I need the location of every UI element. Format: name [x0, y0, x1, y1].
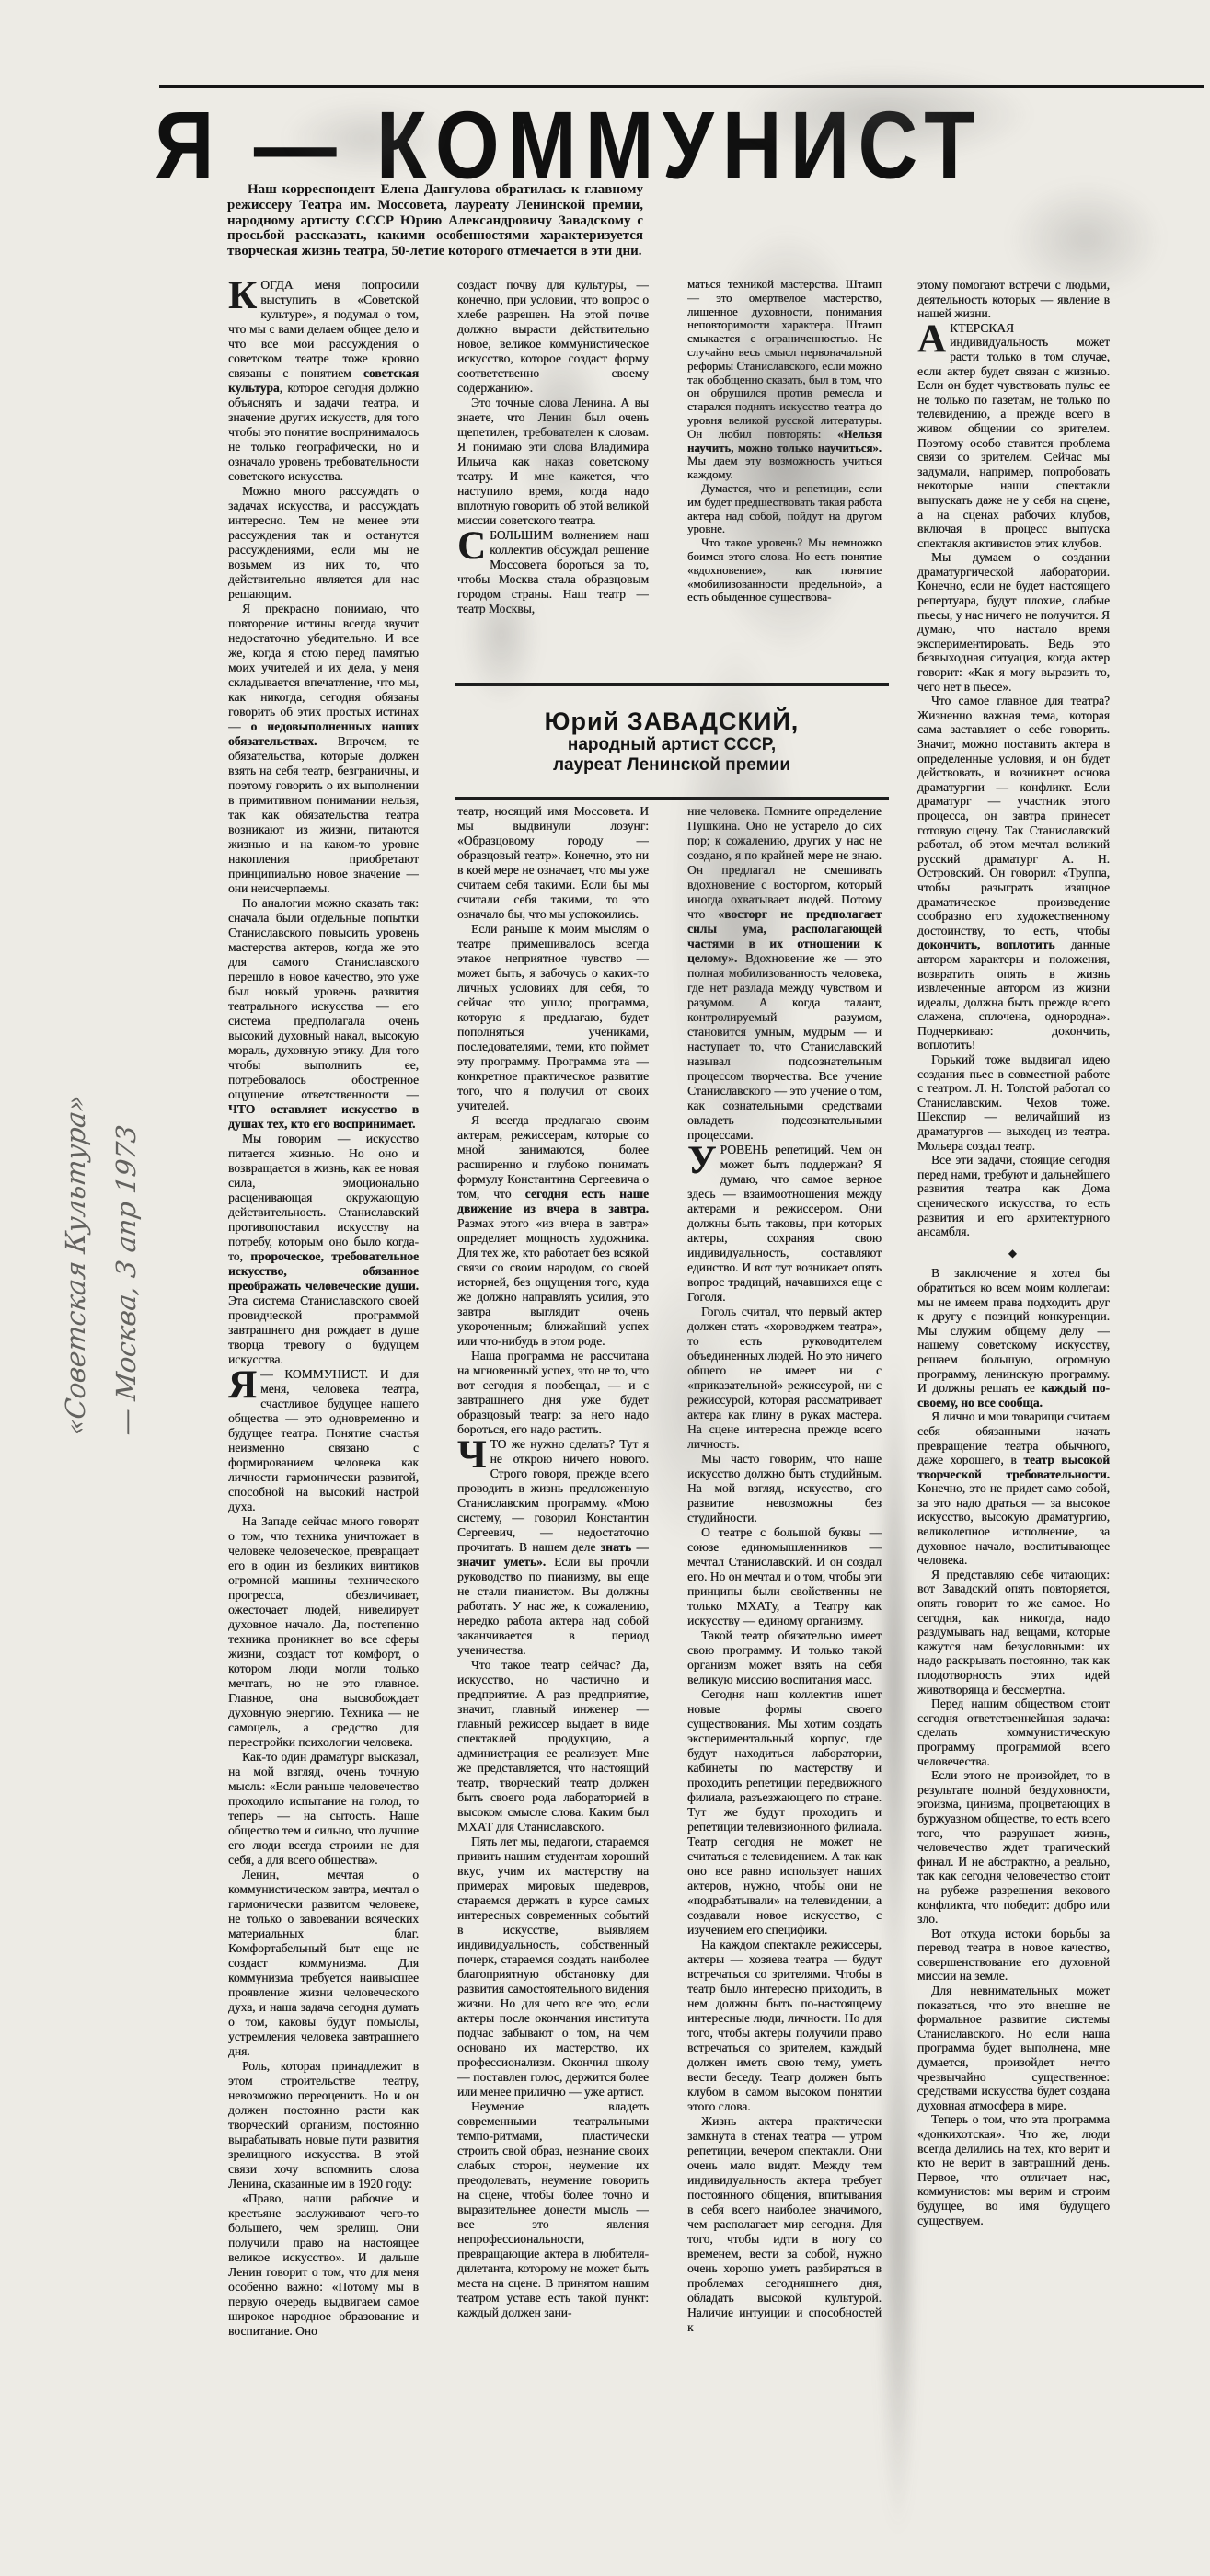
body-paragraph: АКТЕРСКАЯ индивидуальность может расти т…: [917, 321, 1110, 551]
body-paragraph: Мы говорим — искусство питается жизнью. …: [228, 1132, 419, 1367]
body-paragraph: Если раньше к моим мыслям о театре приме…: [457, 922, 649, 1113]
body-paragraph: Это точные слова Ленина. А вы знаете, чт…: [457, 396, 649, 528]
body-paragraph: Если этого не произойдет, то в результат…: [917, 1768, 1110, 1926]
body-paragraph: О театре с большой буквы — союзе единомы…: [687, 1525, 882, 1628]
body-paragraph: Думается, что и репетиции, если им будет…: [687, 482, 882, 536]
body-paragraph: Я лично и мои товарищи считаем себя обяз…: [917, 1409, 1110, 1568]
article-title: Я — КОММУНИСТ: [155, 90, 1210, 186]
body-paragraph: Наша программа не рассчитана на мгновенн…: [457, 1349, 649, 1437]
body-paragraph: создаст почву для культуры, — конечно, п…: [457, 278, 649, 396]
body-paragraph: маться техникой мастерства. Штамп — это …: [687, 278, 882, 482]
body-paragraph: Что самое главное для театра? Жизненно в…: [917, 694, 1110, 1052]
masthead-rule: [159, 85, 1204, 88]
body-paragraph: ние человека. Помните определение Пушкин…: [687, 804, 882, 1143]
byline-award: лауреат Ленинской премии: [553, 755, 790, 776]
body-paragraph: Роль, которая принадлежит в этом строите…: [228, 2059, 419, 2191]
body-paragraph: этому помогают встречи с людьми, деятель…: [917, 278, 1110, 321]
body-paragraph: Мы думаем о создании драматургической ла…: [917, 550, 1110, 694]
drop-cap: Я: [228, 1367, 260, 1400]
body-paragraph: Пять лет мы, педагоги, стараемся привить…: [457, 1834, 649, 2099]
handwritten-margin-note: «Советская Культура» — Москва, 3 апр 197…: [51, 782, 189, 1435]
body-paragraph: ЧТО же нужно сделать? Тут я не открою ни…: [457, 1437, 649, 1658]
body-paragraph: Гоголь считал, что первый актер должен с…: [687, 1305, 882, 1452]
body-paragraph: Я всегда предлагаю своим актерам, режисс…: [457, 1113, 649, 1349]
drop-cap: А: [917, 321, 950, 354]
body-paragraph: Для невнимательных может показаться, что…: [917, 1984, 1110, 2112]
body-paragraph: По аналогии можно сказать так: сначала б…: [228, 896, 419, 1132]
column-3-upper: маться техникой мастерства. Штамп — это …: [687, 278, 882, 687]
drop-cap: К: [228, 278, 260, 311]
body-paragraph: театр, носящий имя Моссовета. И мы выдви…: [457, 804, 649, 922]
body-paragraph: УРОВЕНЬ репетиций. Чем он может быть под…: [687, 1143, 882, 1305]
body-paragraph: В заключение я хотел бы обратиться ко вс…: [917, 1266, 1110, 1409]
body-paragraph: Я— КОММУНИСТ. И для меня, человека театр…: [228, 1367, 419, 1514]
newspaper-scan-page: «Советская Культура» — Москва, 3 апр 197…: [0, 0, 1210, 2576]
byline-name: Юрий ЗАВАДСКИЙ,: [545, 707, 800, 735]
column-1: КОГДА меня попросили выступить в «Советс…: [228, 278, 419, 2497]
body-paragraph: Сегодня наш коллектив ищет новые формы с…: [687, 1687, 882, 1938]
handwritten-date: — Москва, 3 апр 1973: [101, 778, 152, 1439]
body-paragraph: Жизнь актера практически замкнута в стен…: [687, 2114, 882, 2335]
body-paragraph: СБОЛЬШИМ волнением наш коллектив обсужда…: [457, 528, 649, 616]
byline-box: Юрий ЗАВАДСКИЙ, народный артист СССР, ла…: [455, 683, 889, 800]
column-2-lower: театр, носящий имя Моссовета. И мы выдви…: [457, 804, 649, 2504]
handwritten-source: «Советская Культура»: [51, 778, 101, 1439]
column-4: этому помогают встречи с людьми, деятель…: [917, 278, 1110, 2486]
body-paragraph: Можно много рассуждать о задачах искусст…: [228, 484, 419, 602]
body-paragraph: На каждом спектакле режиссеры, актеры — …: [687, 1938, 882, 2114]
body-paragraph: Что такое уровень? Мы немножко боимся эт…: [687, 536, 882, 604]
article-lede: Наш корреспондент Елена Дангулова обрати…: [227, 182, 643, 259]
body-paragraph: Вот откуда истоки борьбы за перевод теат…: [917, 1926, 1110, 1984]
body-paragraph: «Право, наши рабочие и крестьяне заслужи…: [228, 2191, 419, 2339]
lede-text: Наш корреспондент Елена Дангулова обрати…: [227, 182, 643, 259]
body-paragraph: Такой театр обязательно имеет свою прогр…: [687, 1628, 882, 1687]
body-paragraph: На Западе сейчас много говорят о том, чт…: [228, 1514, 419, 1750]
body-paragraph: Мы часто говорим, что наше искусство дол…: [687, 1452, 882, 1525]
body-paragraph: Как-то один драматург высказал, на мой в…: [228, 1750, 419, 1868]
body-paragraph: Горький тоже выдвигал идею создания пьес…: [917, 1052, 1110, 1153]
column-2-upper: создаст почву для культуры, — конечно, п…: [457, 278, 649, 687]
byline-role: народный артист СССР,: [568, 735, 776, 755]
column-3-lower: ние человека. Помните определение Пушкин…: [687, 804, 882, 2497]
body-paragraph: Неумение владеть современными театральны…: [457, 2099, 649, 2320]
body-paragraph: ◆: [917, 1239, 1110, 1267]
body-paragraph: Я представляю себе читающих: вот Завадск…: [917, 1568, 1110, 1696]
drop-cap: С: [457, 528, 490, 561]
body-paragraph: Перед нашим обществом стоит сегодня отве…: [917, 1696, 1110, 1768]
drop-cap: У: [687, 1143, 720, 1176]
body-paragraph: Я прекрасно понимаю, что повторение исти…: [228, 602, 419, 896]
body-paragraph: Ленин, мечтая о коммунистическом завтра,…: [228, 1868, 419, 2059]
body-paragraph: Что такое театр сейчас? Да, искусство, н…: [457, 1658, 649, 1834]
drop-cap: Ч: [457, 1437, 490, 1470]
body-paragraph: Теперь о том, что эта программа «донкихо…: [917, 2112, 1110, 2227]
body-paragraph: КОГДА меня попросили выступить в «Советс…: [228, 278, 419, 484]
body-paragraph: Все эти задачи, стоящие сегодня перед на…: [917, 1153, 1110, 1239]
